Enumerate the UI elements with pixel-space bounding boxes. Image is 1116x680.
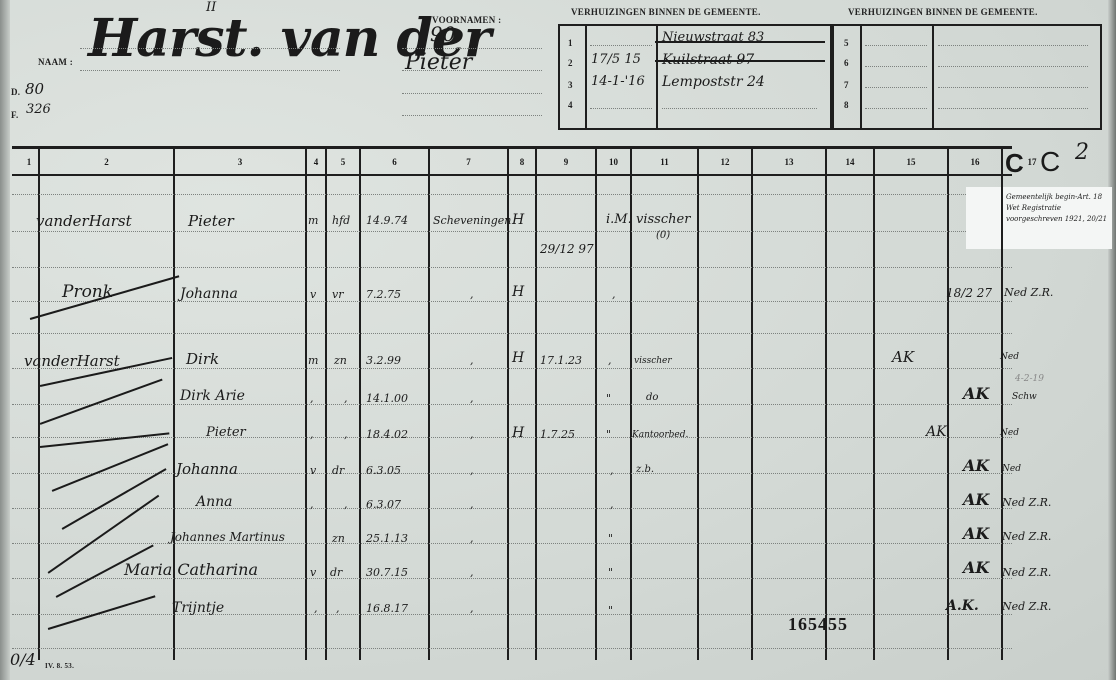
card-right-edge: [1108, 0, 1116, 680]
row-dotline: [12, 231, 1012, 232]
row-sex: v: [310, 288, 316, 301]
row-given-name: Maria Catharina: [124, 560, 258, 579]
corner-mark-c3: 2: [1075, 140, 1089, 165]
moves-left-title: VERHUIZINGEN BINNEN DE GEMEENTE.: [571, 7, 761, 17]
moves-dotline: [865, 66, 927, 67]
row-birthplace: ,: [470, 602, 474, 615]
d-value: 80: [25, 80, 44, 98]
row-given-name: Pieter: [206, 425, 246, 440]
row-col17: Ned Z.R.: [1002, 566, 1051, 579]
row-col16: AK: [963, 490, 989, 509]
footer-mark: 0/4: [10, 650, 36, 669]
column-number: 5: [327, 157, 359, 167]
column-number: 6: [361, 157, 428, 167]
row-relation: hfd: [332, 214, 350, 227]
row-col16: AK: [963, 558, 989, 577]
row-birthplace: ,: [470, 464, 474, 477]
row-sex: ,: [310, 392, 314, 405]
row-relation: vr: [332, 288, 343, 301]
row-col10: ": [608, 532, 613, 545]
move-date: 14-1-'16: [591, 74, 645, 89]
row-given-name: Johanna: [176, 460, 238, 478]
row-religion: H: [512, 284, 524, 300]
corner-mark-c1: C: [1005, 148, 1024, 179]
row-given-name: Trijntje: [172, 600, 224, 616]
moves-right-title: VERHUIZINGEN BINNEN DE GEMEENTE.: [848, 7, 1038, 17]
voornamen-mark: 90: [430, 22, 455, 46]
row-col17: Ned: [1002, 464, 1021, 474]
column-number: 14: [827, 157, 873, 167]
row-col10: ,: [608, 354, 612, 367]
voornamen-value: Pieter: [405, 50, 472, 75]
row-relation: dr: [330, 566, 342, 579]
row-relation: ,: [336, 602, 340, 615]
d-label: D.: [11, 87, 20, 97]
footer-code: IV. 8. 53.: [45, 662, 74, 670]
column-number: 12: [699, 157, 751, 167]
header-dotline: [402, 48, 542, 49]
row-col10: ": [606, 428, 611, 441]
column-divider: [697, 146, 699, 660]
row-col16: AK: [963, 524, 989, 543]
row-sex: ,: [310, 498, 314, 511]
column-number: 4: [307, 157, 325, 167]
moves-dotline: [938, 45, 1088, 46]
row-relation: ,: [344, 392, 348, 405]
column-number: 9: [537, 157, 595, 167]
row-relation: zn: [334, 354, 347, 367]
column-number: 2: [40, 157, 173, 167]
row-col16: A.K.: [946, 598, 979, 614]
move-num: 3: [568, 80, 573, 90]
row-marriage-date: 29/12 97: [540, 242, 594, 256]
row-dotline: [12, 473, 1012, 474]
header-dotline: [402, 70, 542, 71]
column-divider: [1001, 187, 1003, 249]
header-dotline: [402, 93, 542, 94]
cancel-stroke: [52, 443, 168, 491]
cancel-stroke: [48, 595, 156, 629]
pasted-note-text: Gemeentelijk begin-Art. 18 Wet Registrat…: [1006, 192, 1111, 225]
moves-dotline: [662, 108, 817, 109]
column-divider: [325, 146, 327, 660]
header-dotline: [402, 115, 542, 116]
column-number: 17: [1022, 157, 1042, 167]
row-birthdate: 6.3.07: [366, 498, 401, 511]
row-col10: ,: [610, 498, 614, 511]
stamp-number: 165455: [788, 614, 848, 635]
row-dotline: [12, 614, 1012, 615]
row-col10: ": [608, 604, 613, 617]
row-occupation-sub: (0): [656, 230, 670, 241]
row-religion: H: [512, 425, 524, 441]
moves-dotline: [938, 66, 1088, 67]
row-col17: Ned: [1000, 352, 1019, 362]
row-col10: ": [608, 566, 613, 579]
column-divider: [359, 146, 361, 660]
row-sex: m: [308, 354, 318, 367]
row-relation: ,: [344, 428, 348, 441]
row-surname: vanderHarst: [36, 212, 132, 230]
row-relation: zn: [332, 532, 345, 545]
column-number: 8: [509, 157, 535, 167]
moves-dotline: [865, 108, 927, 109]
row-given-name: Anna: [196, 494, 233, 510]
row-relation: dr: [332, 464, 344, 477]
row-surname: vanderHarst: [24, 352, 120, 370]
row-col17-faint: 4-2-19: [1015, 374, 1044, 384]
move-num: 4: [568, 100, 573, 110]
row-given-name: Pieter: [188, 212, 234, 230]
row-col10: ,: [610, 464, 614, 477]
column-number: 1: [20, 157, 38, 167]
row-col10: ,: [612, 288, 616, 301]
column-number: 10: [597, 157, 630, 167]
row-birthplace: ,: [470, 392, 474, 405]
row-col16: AK: [963, 384, 989, 403]
row-birthplace: ,: [470, 566, 474, 579]
corner-mark-c2: C: [1040, 146, 1060, 178]
row-sex: m: [308, 214, 318, 227]
moves-dotline: [590, 108, 652, 109]
column-divider: [751, 146, 753, 660]
row-occupation: Kantoorbed.: [632, 430, 688, 440]
row-birthplace: ,: [470, 428, 474, 441]
row-date9: 17.1.23: [540, 354, 582, 367]
row-birthplace: Scheveningen: [433, 214, 511, 227]
card-left-edge: [0, 0, 10, 680]
row-birthplace: ,: [470, 288, 474, 301]
column-divider: [873, 146, 875, 660]
table-top-rule: [12, 146, 1012, 149]
row-col15: AK: [892, 348, 914, 366]
row-dotline: [12, 194, 1012, 195]
moves-dotline: [865, 45, 927, 46]
column-divider: [825, 146, 827, 660]
row-occupation: z.b.: [636, 464, 654, 475]
row-sex: v: [310, 566, 316, 579]
row-birthdate: 3.2.99: [366, 354, 401, 367]
row-col17: Ned Z.R.: [1004, 286, 1053, 299]
register-card: II NAAM : Harst. van der VOORNAMEN : 90 …: [0, 0, 1116, 680]
moves-divider: [585, 24, 587, 128]
row-dotline: [12, 404, 1012, 405]
move-strikethrough: [655, 41, 825, 43]
moves-dotline: [865, 87, 927, 88]
row-birthdate: 14.9.74: [366, 214, 408, 227]
moves-divider: [656, 24, 658, 128]
table-header-rule: [12, 174, 1012, 176]
row-col15: AK: [926, 424, 947, 440]
row-occupation: visscher: [636, 212, 690, 227]
row-col17: Schw: [1012, 392, 1037, 402]
row-dotline: [12, 543, 1012, 544]
row-birthdate: 7.2.75: [366, 288, 401, 301]
row-birthplace: ,: [470, 354, 474, 367]
row-given-name: Dirk Arie: [180, 388, 245, 404]
move-date: 17/5 15: [591, 52, 641, 67]
row-date9: 1.7.25: [540, 428, 575, 441]
row-col10: ": [606, 392, 611, 405]
move-strikethrough: [655, 60, 825, 62]
moves-right-box: [832, 24, 1102, 130]
row-religion: H: [512, 212, 524, 228]
column-divider: [535, 146, 537, 660]
row-birthdate: 30.7.15: [366, 566, 408, 579]
moves-dotline: [590, 45, 652, 46]
column-number: 7: [430, 157, 507, 167]
row-dotline: [12, 301, 1012, 302]
column-number: 16: [949, 157, 1001, 167]
row-occupation: visscher: [634, 356, 672, 366]
column-divider: [595, 146, 597, 660]
row-dotline: [12, 368, 1012, 369]
row-birthdate: 6.3.05: [366, 464, 401, 477]
f-value: 326: [26, 102, 51, 117]
cancel-stroke: [40, 432, 169, 447]
row-dotline: [12, 648, 1012, 649]
header-dotline: [80, 48, 340, 49]
row-birthdate: 14.1.00: [366, 392, 408, 405]
row-dotline: [12, 267, 1012, 268]
move-address: Nieuwstraat 83: [662, 30, 764, 45]
row-given-name: Johanna: [180, 286, 238, 302]
column-number: 3: [175, 157, 305, 167]
row-given-name: Johannes Martinus: [170, 530, 285, 544]
row-sex: ,: [314, 602, 318, 615]
row-col16: AK: [963, 456, 989, 475]
row-sex: ,: [310, 428, 314, 441]
column-number: 13: [753, 157, 825, 167]
moves-divider: [932, 24, 934, 128]
row-col17: Ned Z.R.: [1002, 496, 1051, 509]
column-number: 11: [632, 157, 697, 167]
column-divider: [305, 146, 307, 660]
row-given-name: Dirk: [186, 350, 219, 368]
row-col17: Ned Z.R.: [1002, 600, 1051, 613]
row-birthdate: 18.4.02: [366, 428, 408, 441]
column-number: 15: [875, 157, 947, 167]
move-num: 2: [568, 58, 573, 68]
row-surname: Pronk: [62, 282, 113, 302]
row-birthplace: ,: [470, 532, 474, 545]
moves-dotline: [938, 87, 1088, 88]
row-occupation: do: [646, 392, 658, 403]
row-birthdate: 16.8.17: [366, 602, 408, 615]
name-label: NAAM :: [38, 57, 73, 67]
row-religion: H: [512, 350, 524, 366]
row-col16: 18/2 27: [946, 286, 992, 300]
row-sex: v: [310, 464, 316, 477]
cancel-stroke: [40, 379, 163, 425]
row-col17: Ned: [1000, 428, 1019, 438]
column-divider: [947, 146, 949, 660]
row-col10: i.M.: [606, 212, 632, 227]
row-relation: ,: [344, 498, 348, 511]
header-dotline: [80, 70, 340, 71]
column-divider: [428, 146, 430, 660]
moves-dotline: [938, 108, 1088, 109]
move-num: 1: [568, 38, 573, 48]
moves-divider: [860, 24, 862, 128]
f-label: F.: [11, 110, 19, 120]
row-dotline: [12, 333, 1012, 334]
row-col17: Ned Z.R.: [1002, 530, 1051, 543]
column-divider: [173, 146, 175, 660]
row-dotline: [12, 508, 1012, 509]
row-birthplace: ,: [470, 498, 474, 511]
row-birthdate: 25.1.13: [366, 532, 408, 545]
move-address: Lempoststr 24: [662, 74, 765, 90]
